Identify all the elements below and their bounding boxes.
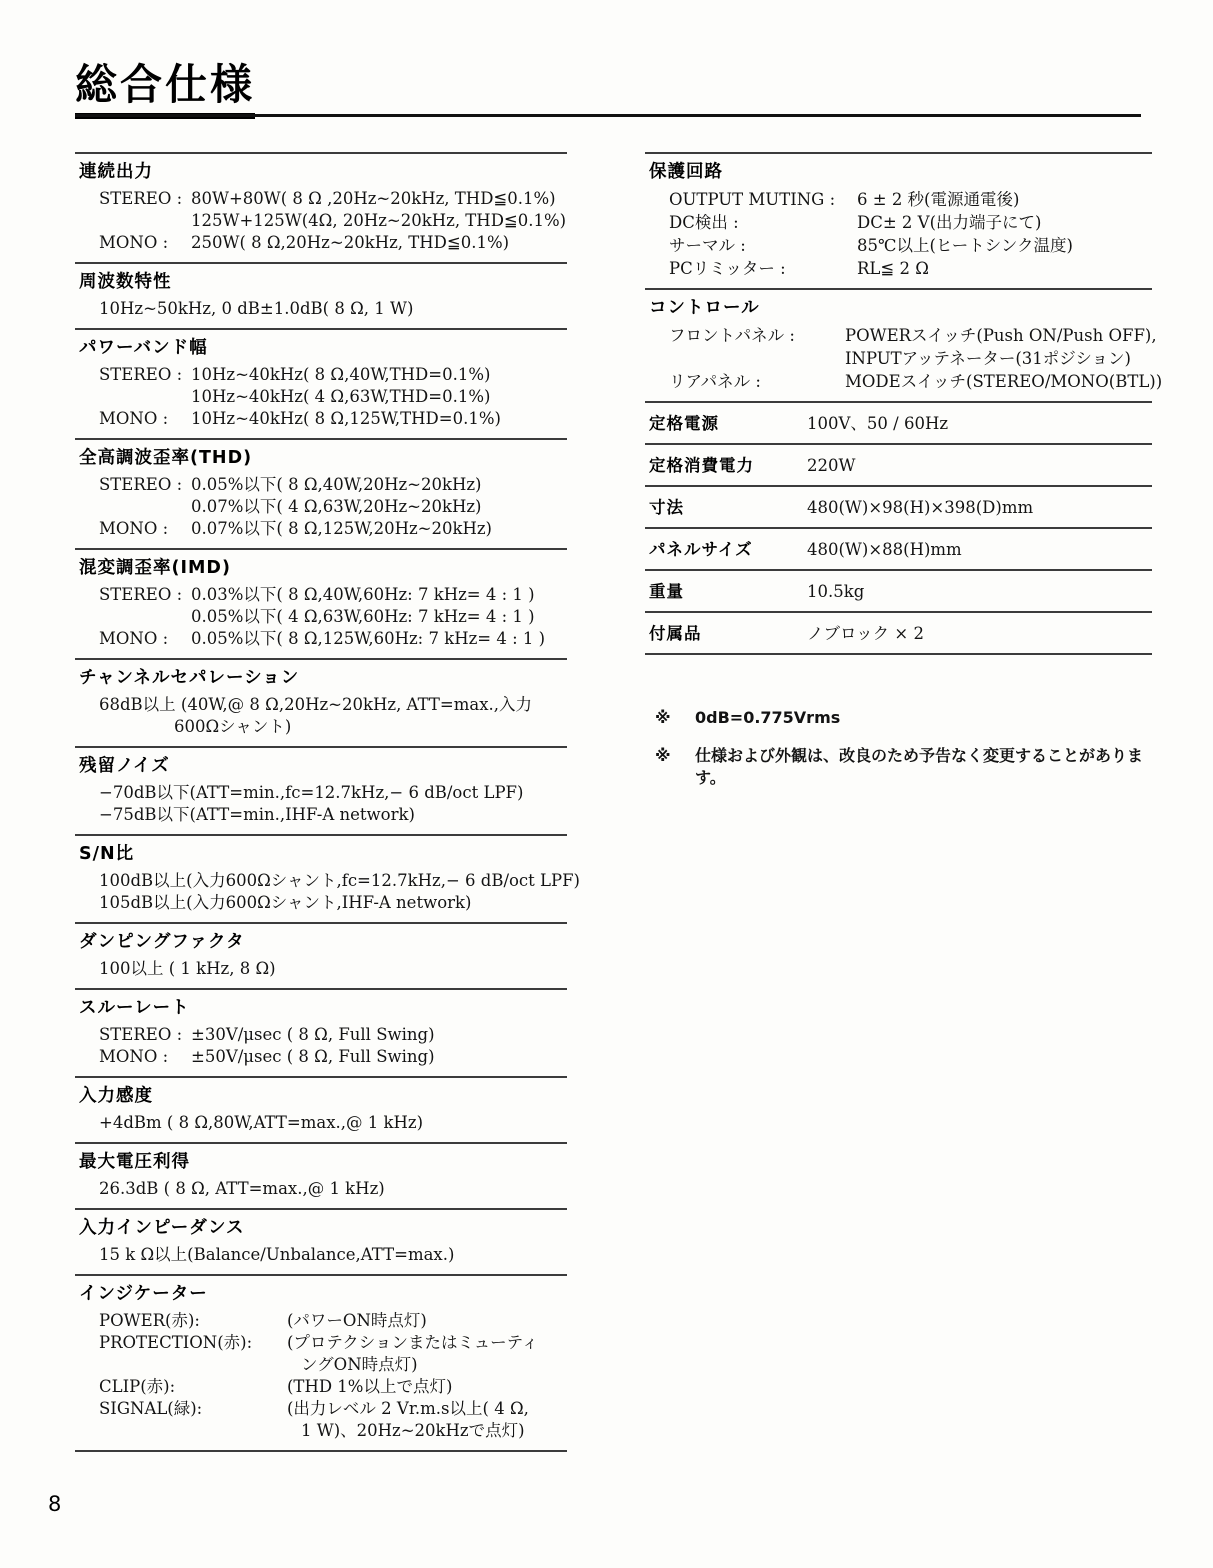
spec-section: 連続出力STEREO :80W+80W( 8 Ω ,20Hz~20kHz, TH…	[75, 152, 567, 262]
spec-row: 10Hz~40kHz( 4 Ω,63W,THD=0.1%)	[99, 386, 567, 408]
spec-row-text: 10Hz~40kHz( 8 Ω,40W,THD=0.1%)	[191, 364, 490, 386]
spec-row: CLIP(赤):(THD 1%以上で点灯)	[99, 1376, 567, 1398]
spec-row-label	[99, 606, 191, 628]
spec-row-text: 68dB以上 (40W,@ 8 Ω,20Hz~20kHz, ATT=max.,入…	[99, 694, 532, 716]
spec-row-label: STEREO :	[99, 188, 191, 210]
section-heading: 最大電圧利得	[79, 1150, 567, 1174]
spec-row-label: MONO :	[99, 628, 191, 650]
spec-row: STEREO :10Hz~40kHz( 8 Ω,40W,THD=0.1%)	[99, 364, 567, 386]
spec-row-label	[99, 496, 191, 518]
spec-row-label: リアパネル :	[669, 370, 845, 393]
spec-table-label: 重量	[649, 581, 807, 602]
spec-section: パワーバンド幅STEREO :10Hz~40kHz( 8 Ω,40W,THD=0…	[75, 328, 567, 438]
spec-table-row: 定格消費電力220W	[645, 443, 1152, 485]
spec-row: INPUTアッテネーター(31ポジション)	[669, 347, 1152, 370]
right-column: 保護回路OUTPUT MUTING :6 ± 2 秒(電源通電後)DC検出 :D…	[645, 152, 1152, 805]
spec-table-row: 重量10.5kg	[645, 569, 1152, 611]
spec-row: 1 W)、20Hz~20kHzで点灯)	[99, 1420, 567, 1442]
spec-row: 0.07%以下( 4 Ω,63W,20Hz~20kHz)	[99, 496, 567, 518]
spec-row-text: 250W( 8 Ω,20Hz~20kHz, THD≦0.1%)	[191, 232, 509, 254]
spec-row: MONO :±50V/μsec ( 8 Ω, Full Swing)	[99, 1046, 567, 1068]
section-heading: 保護回路	[649, 160, 1152, 184]
spec-table-row: 定格電源100V、50 / 60Hz	[645, 401, 1152, 443]
spec-row-label: サーマル :	[669, 234, 857, 257]
spec-row-text: 0.05%以下( 4 Ω,63W,60Hz: 7 kHz= 4 : 1 )	[191, 606, 535, 628]
spec-table-label: 定格電源	[649, 413, 807, 434]
spec-row-text: 105dB以上(入力600Ωシャント,IHF-A network)	[99, 892, 471, 914]
section-heading: インジケーター	[79, 1282, 567, 1306]
spec-row-text: 0.03%以下( 8 Ω,40W,60Hz: 7 kHz= 4 : 1 )	[191, 584, 535, 606]
section-heading: 周波数特性	[79, 270, 567, 294]
spec-row-label: STEREO :	[99, 584, 191, 606]
spec-row-label: MONO :	[99, 1046, 191, 1068]
spec-row-text: 80W+80W( 8 Ω ,20Hz~20kHz, THD≦0.1%)	[191, 188, 556, 210]
spec-row-label: POWER(赤):	[99, 1310, 287, 1332]
spec-row-text: ±30V/μsec ( 8 Ω, Full Swing)	[191, 1024, 435, 1046]
spec-table-row: パネルサイズ480(W)×88(H)mm	[645, 527, 1152, 569]
footnote-text: 0dB=0.775Vrms	[695, 707, 840, 729]
spec-table-value: 10.5kg	[807, 581, 864, 602]
spec-section: コントロールフロントパネル :POWERスイッチ(Push ON/Push OF…	[645, 288, 1152, 401]
spec-row-text: (プロテクションまたはミューティ	[287, 1332, 538, 1354]
spec-section: 入力感度+4dBm ( 8 Ω,80W,ATT=max.,@ 1 kHz)	[75, 1076, 567, 1142]
spec-row: STEREO :0.05%以下( 8 Ω,40W,20Hz~20kHz)	[99, 474, 567, 496]
spec-row-text: +4dBm ( 8 Ω,80W,ATT=max.,@ 1 kHz)	[99, 1112, 423, 1134]
footnote-mark-icon: ※	[655, 745, 695, 789]
spec-row-label	[99, 386, 191, 408]
left-column: 連続出力STEREO :80W+80W( 8 Ω ,20Hz~20kHz, TH…	[75, 152, 567, 1452]
spec-row: STEREO :0.03%以下( 8 Ω,40W,60Hz: 7 kHz= 4 …	[99, 584, 567, 606]
spec-row-text: 10Hz~50kHz, 0 dB±1.0dB( 8 Ω, 1 W)	[99, 298, 413, 320]
spec-row-label: SIGNAL(緑):	[99, 1398, 287, 1420]
footnote-text: 仕様および外観は、改良のため予告なく変更することがあります。	[695, 745, 1152, 789]
spec-row: 0.05%以下( 4 Ω,63W,60Hz: 7 kHz= 4 : 1 )	[99, 606, 567, 628]
spec-row: POWER(赤):(パワーON時点灯)	[99, 1310, 567, 1332]
spec-row: 26.3dB ( 8 Ω, ATT=max.,@ 1 kHz)	[99, 1178, 567, 1200]
spec-section: チャンネルセパレーション68dB以上 (40W,@ 8 Ω,20Hz~20kHz…	[75, 658, 567, 746]
spec-section: 入力インピーダンス15 k Ω以上(Balance/Unbalance,ATT=…	[75, 1208, 567, 1274]
spec-table-value: 480(W)×88(H)mm	[807, 539, 962, 560]
spec-row-label: MONO :	[99, 232, 191, 254]
spec-row: MONO :10Hz~40kHz( 8 Ω,125W,THD=0.1%)	[99, 408, 567, 430]
spec-section: S/N比100dB以上(入力600Ωシャント,fc=12.7kHz,− 6 dB…	[75, 834, 567, 922]
spec-row: SIGNAL(緑):(出力レベル 2 Vr.m.s以上( 4 Ω,	[99, 1398, 567, 1420]
spec-row-text: (THD 1%以上で点灯)	[287, 1376, 452, 1398]
spec-row: 15 k Ω以上(Balance/Unbalance,ATT=max.)	[99, 1244, 567, 1266]
spec-section: 全高調波歪率(THD)STEREO :0.05%以下( 8 Ω,40W,20Hz…	[75, 438, 567, 548]
spec-row-label: STEREO :	[99, 1024, 191, 1046]
spec-row: DC検出 :DC± 2 V(出力端子にて)	[669, 211, 1152, 234]
spec-section: 混変調歪率(IMD)STEREO :0.03%以下( 8 Ω,40W,60Hz:…	[75, 548, 567, 658]
spec-row: MONO :250W( 8 Ω,20Hz~20kHz, THD≦0.1%)	[99, 232, 567, 254]
spec-table-row: 寸法480(W)×98(H)×398(D)mm	[645, 485, 1152, 527]
spec-row-text: 100以上 ( 1 kHz, 8 Ω)	[99, 958, 276, 980]
spec-row-text: (出力レベル 2 Vr.m.s以上( 4 Ω,	[287, 1398, 529, 1420]
spec-row-label	[99, 1420, 287, 1442]
spec-table-label: パネルサイズ	[649, 539, 807, 560]
spec-row: 100dB以上(入力600Ωシャント,fc=12.7kHz,− 6 dB/oct…	[99, 870, 567, 892]
spec-table-value: 100V、50 / 60Hz	[807, 413, 948, 434]
table-end-divider	[645, 653, 1152, 655]
spec-row-text: 10Hz~40kHz( 8 Ω,125W,THD=0.1%)	[191, 408, 501, 430]
spec-section: インジケーターPOWER(赤):(パワーON時点灯)PROTECTION(赤):…	[75, 1274, 567, 1450]
spec-table-label: 付属品	[649, 623, 807, 644]
spec-table-value: ノブロック × 2	[807, 623, 924, 644]
spec-row-text: 600Ωシャント)	[174, 716, 291, 738]
spec-row-text: DC± 2 V(出力端子にて)	[857, 211, 1041, 234]
spec-row-text: ングON時点灯)	[301, 1354, 418, 1376]
spec-row: 68dB以上 (40W,@ 8 Ω,20Hz~20kHz, ATT=max.,入…	[99, 694, 567, 716]
section-heading: 連続出力	[79, 160, 567, 184]
spec-row-text: −75dB以下(ATT=min.,IHF-A network)	[99, 804, 415, 826]
spec-row-label: MONO :	[99, 518, 191, 540]
spec-row-text: 6 ± 2 秒(電源通電後)	[857, 188, 1019, 211]
spec-row-label: PCリミッター :	[669, 257, 857, 280]
spec-row: MONO :0.05%以下( 8 Ω,125W,60Hz: 7 kHz= 4 :…	[99, 628, 567, 650]
spec-row: +4dBm ( 8 Ω,80W,ATT=max.,@ 1 kHz)	[99, 1112, 567, 1134]
spec-row-text: 1 W)、20Hz~20kHzで点灯)	[301, 1420, 525, 1442]
spec-row: リアパネル :MODEスイッチ(STEREO/MONO(BTL))	[669, 370, 1152, 393]
spec-row: −75dB以下(ATT=min.,IHF-A network)	[99, 804, 567, 826]
section-heading: S/N比	[79, 842, 567, 866]
spec-row: 100以上 ( 1 kHz, 8 Ω)	[99, 958, 567, 980]
spec-table-label: 定格消費電力	[649, 455, 807, 476]
spec-row-text: 0.05%以下( 8 Ω,125W,60Hz: 7 kHz= 4 : 1 )	[191, 628, 545, 650]
spec-table-label: 寸法	[649, 497, 807, 518]
title-underline	[75, 114, 1141, 117]
spec-row-text: 125W+125W(4Ω, 20Hz~20kHz, THD≦0.1%)	[191, 210, 566, 232]
spec-row: PCリミッター :RL≦ 2 Ω	[669, 257, 1152, 280]
spec-row-text: POWERスイッチ(Push ON/Push OFF),	[845, 324, 1157, 347]
spec-row-text: INPUTアッテネーター(31ポジション)	[845, 347, 1131, 370]
section-heading: パワーバンド幅	[79, 336, 567, 360]
spec-row-label: PROTECTION(赤):	[99, 1332, 287, 1354]
spec-section: スルーレートSTEREO :±30V/μsec ( 8 Ω, Full Swin…	[75, 988, 567, 1076]
spec-row-text: 15 k Ω以上(Balance/Unbalance,ATT=max.)	[99, 1244, 454, 1266]
footnotes: ※0dB=0.775Vrms※仕様および外観は、改良のため予告なく変更することが…	[645, 707, 1152, 789]
spec-row: OUTPUT MUTING :6 ± 2 秒(電源通電後)	[669, 188, 1152, 211]
spec-row: サーマル :85℃以上(ヒートシンク温度)	[669, 234, 1152, 257]
spec-row-label: STEREO :	[99, 474, 191, 496]
spec-row: −70dB以下(ATT=min.,fc=12.7kHz,− 6 dB/oct L…	[99, 782, 567, 804]
spec-row-label	[99, 210, 191, 232]
section-heading: 混変調歪率(IMD)	[79, 556, 567, 580]
spec-row: PROTECTION(赤):(プロテクションまたはミューティ	[99, 1332, 567, 1354]
spec-table-value: 220W	[807, 455, 855, 476]
page-title: 総合仕様	[75, 62, 255, 119]
spec-row-text: 10Hz~40kHz( 4 Ω,63W,THD=0.1%)	[191, 386, 490, 408]
spec-row: STEREO :±30V/μsec ( 8 Ω, Full Swing)	[99, 1024, 567, 1046]
spec-row-text: 0.07%以下( 8 Ω,125W,20Hz~20kHz)	[191, 518, 492, 540]
spec-section: ダンピングファクタ100以上 ( 1 kHz, 8 Ω)	[75, 922, 567, 988]
section-divider	[75, 1450, 567, 1452]
footnote: ※仕様および外観は、改良のため予告なく変更することがあります。	[655, 745, 1152, 789]
spec-table-value: 480(W)×98(H)×398(D)mm	[807, 497, 1033, 518]
spec-row: STEREO :80W+80W( 8 Ω ,20Hz~20kHz, THD≦0.…	[99, 188, 567, 210]
spec-row-label: OUTPUT MUTING :	[669, 188, 857, 211]
spec-section: 周波数特性10Hz~50kHz, 0 dB±1.0dB( 8 Ω, 1 W)	[75, 262, 567, 328]
spec-row: 105dB以上(入力600Ωシャント,IHF-A network)	[99, 892, 567, 914]
spec-row-text: 100dB以上(入力600Ωシャント,fc=12.7kHz,− 6 dB/oct…	[99, 870, 580, 892]
spec-section: 最大電圧利得26.3dB ( 8 Ω, ATT=max.,@ 1 kHz)	[75, 1142, 567, 1208]
spec-section: 保護回路OUTPUT MUTING :6 ± 2 秒(電源通電後)DC検出 :D…	[645, 152, 1152, 288]
spec-row: MONO :0.07%以下( 8 Ω,125W,20Hz~20kHz)	[99, 518, 567, 540]
section-heading: 入力インピーダンス	[79, 1216, 567, 1240]
section-heading: チャンネルセパレーション	[79, 666, 567, 690]
section-heading: スルーレート	[79, 996, 567, 1020]
page-header: 総合仕様	[75, 62, 1141, 122]
footnote-mark-icon: ※	[655, 707, 695, 729]
spec-row-text: 85℃以上(ヒートシンク温度)	[857, 234, 1073, 257]
spec-row-label	[669, 347, 845, 370]
spec-row-text: 0.07%以下( 4 Ω,63W,20Hz~20kHz)	[191, 496, 482, 518]
spec-row-text: ±50V/μsec ( 8 Ω, Full Swing)	[191, 1046, 435, 1068]
section-heading: 全高調波歪率(THD)	[79, 446, 567, 470]
spec-row-label: フロントパネル :	[669, 324, 845, 347]
section-heading: 残留ノイズ	[79, 754, 567, 778]
spec-row-text: (パワーON時点灯)	[287, 1310, 427, 1332]
spec-row: 125W+125W(4Ω, 20Hz~20kHz, THD≦0.1%)	[99, 210, 567, 232]
spec-row-label	[99, 1354, 287, 1376]
spec-row: フロントパネル :POWERスイッチ(Push ON/Push OFF),	[669, 324, 1152, 347]
section-heading: コントロール	[649, 296, 1152, 320]
spec-row-text: RL≦ 2 Ω	[857, 257, 929, 280]
section-heading: 入力感度	[79, 1084, 567, 1108]
spec-section: 残留ノイズ−70dB以下(ATT=min.,fc=12.7kHz,− 6 dB/…	[75, 746, 567, 834]
spec-row-text: −70dB以下(ATT=min.,fc=12.7kHz,− 6 dB/oct L…	[99, 782, 523, 804]
spec-row-text: MODEスイッチ(STEREO/MONO(BTL))	[845, 370, 1162, 393]
spec-sheet-page: 総合仕様 連続出力STEREO :80W+80W( 8 Ω ,20Hz~20kH…	[0, 0, 1213, 1568]
spec-table-row: 付属品ノブロック × 2	[645, 611, 1152, 653]
spec-row-label: CLIP(赤):	[99, 1376, 287, 1398]
section-heading: ダンピングファクタ	[79, 930, 567, 954]
spec-row: 600Ωシャント)	[174, 716, 567, 738]
page-number: 8	[48, 1492, 61, 1516]
spec-row: 10Hz~50kHz, 0 dB±1.0dB( 8 Ω, 1 W)	[99, 298, 567, 320]
footnote: ※0dB=0.775Vrms	[655, 707, 1152, 729]
spec-row-text: 0.05%以下( 8 Ω,40W,20Hz~20kHz)	[191, 474, 482, 496]
spec-row-label: STEREO :	[99, 364, 191, 386]
spec-row: ングON時点灯)	[99, 1354, 567, 1376]
spec-row-label: MONO :	[99, 408, 191, 430]
spec-row-label: DC検出 :	[669, 211, 857, 234]
spec-row-text: 26.3dB ( 8 Ω, ATT=max.,@ 1 kHz)	[99, 1178, 385, 1200]
